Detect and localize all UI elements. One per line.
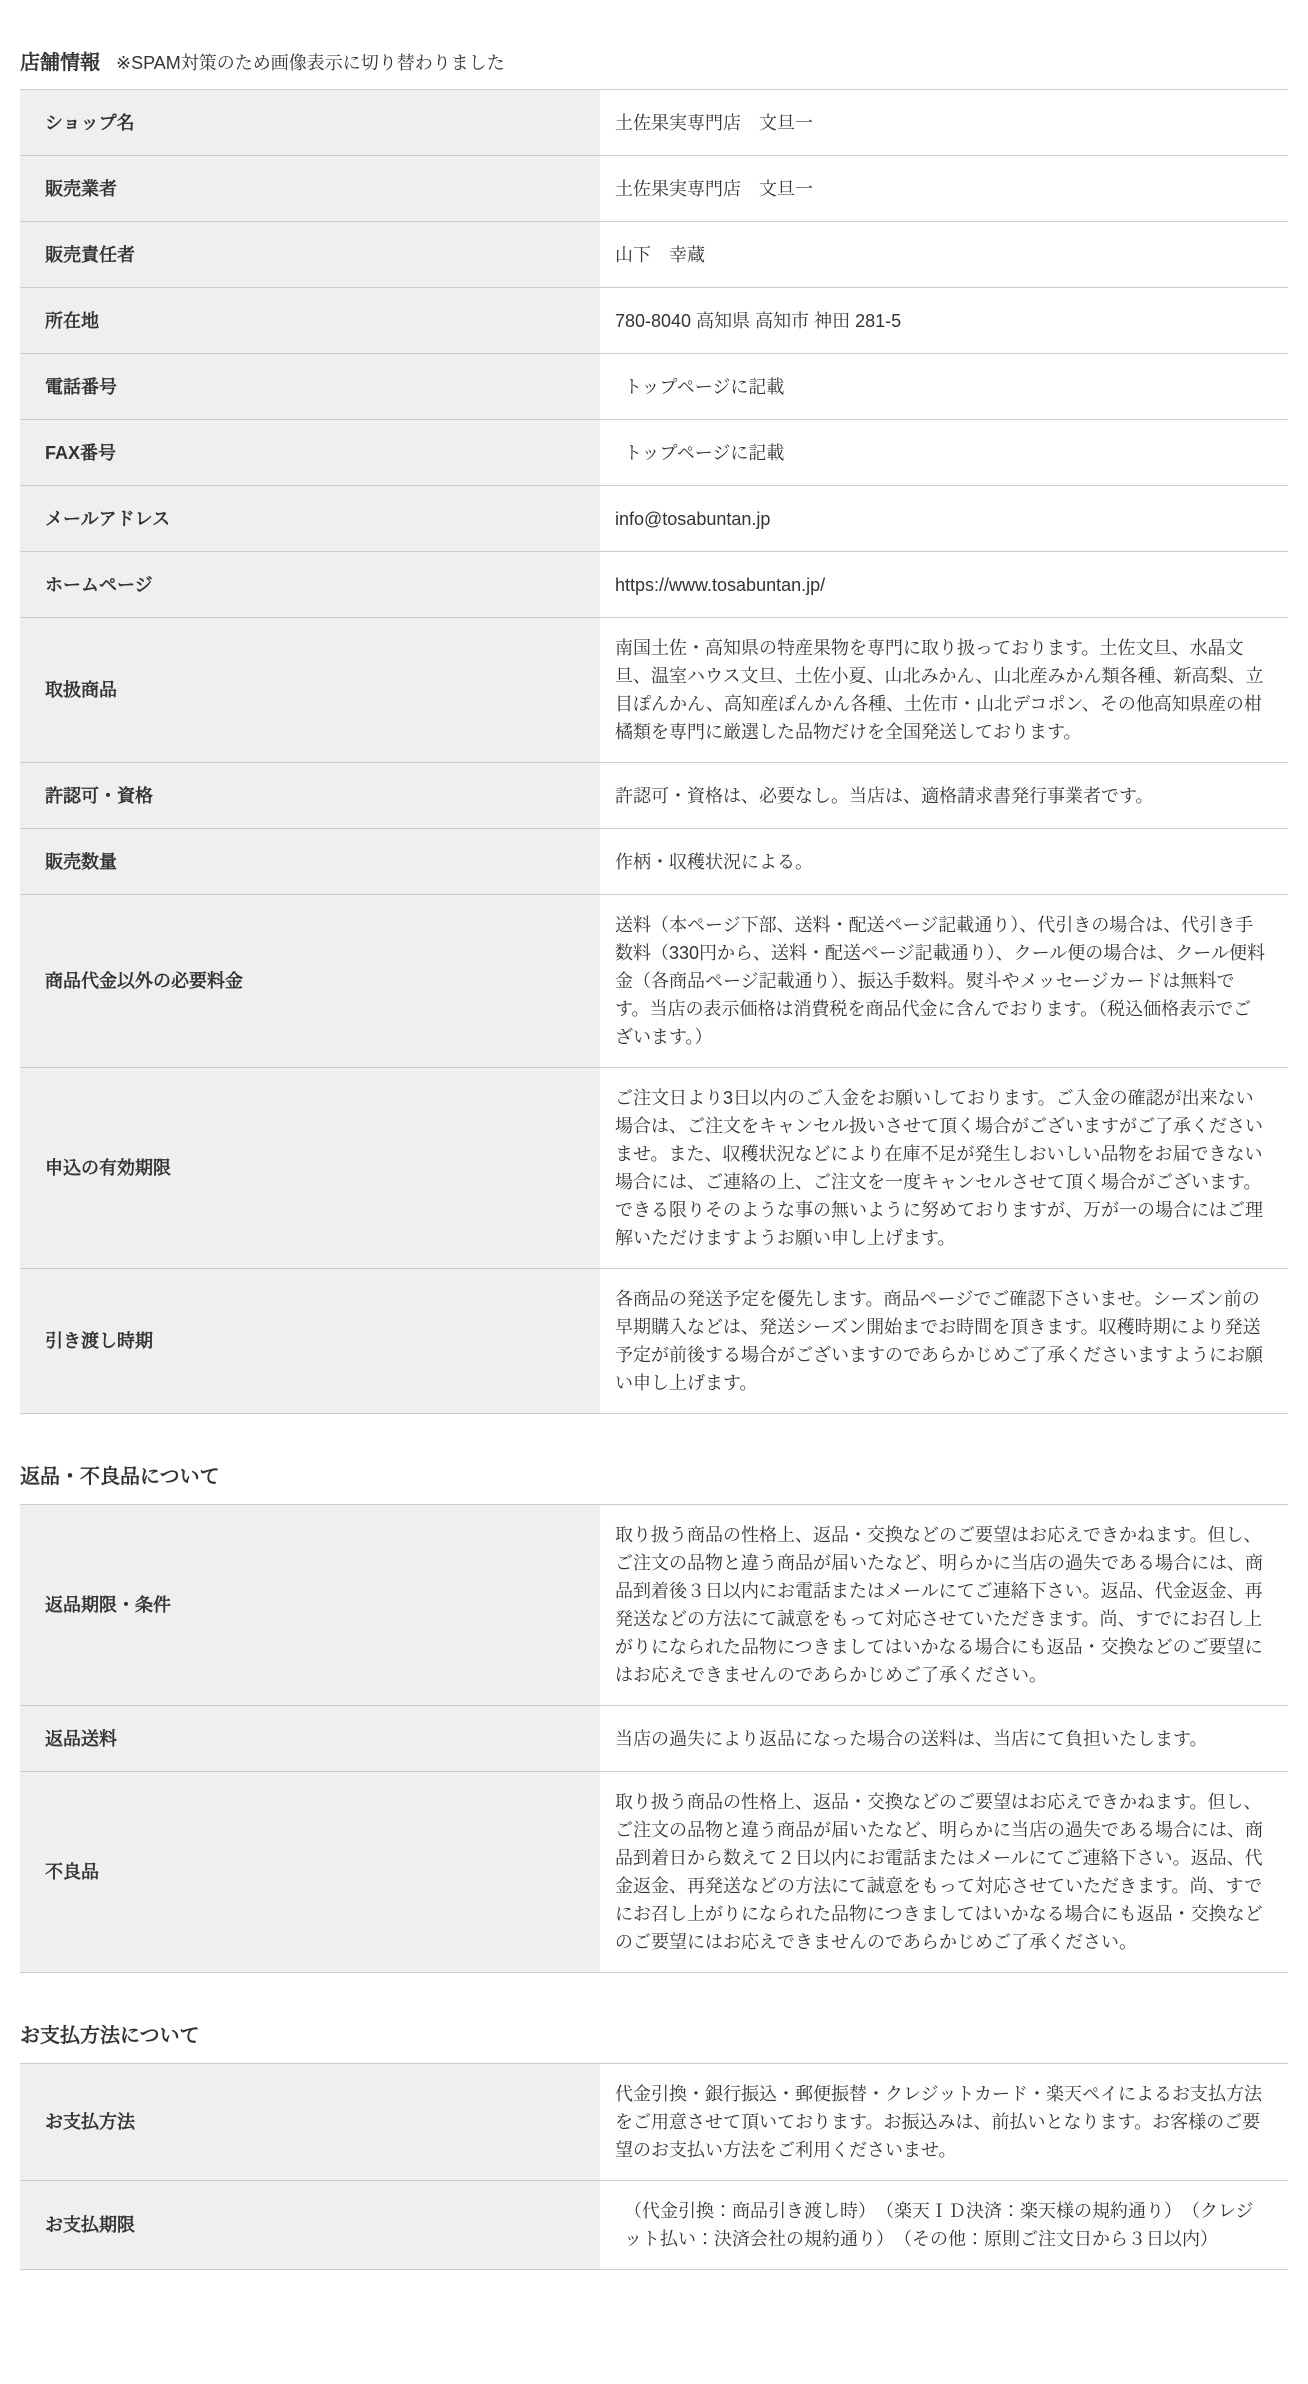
table-row: 返品期限・条件 取り扱う商品の性格上、返品・交換などのご要望はお応えできかねます… [20,1505,1288,1706]
row-label: お支払期限 [20,2181,600,2270]
row-value: 許認可・資格は、必要なし。当店は、適格請求書発行事業者です。 [600,763,1288,829]
row-label: お支払方法 [20,2064,600,2181]
section-heading-payment: お支払方法について [20,2023,1288,2049]
row-label: 販売数量 [20,829,600,895]
row-value: 南国土佐・高知県の特産果物を専門に取り扱っております。土佐文旦、水晶文旦、温室ハ… [600,618,1288,763]
row-value: info@tosabuntan.jp [600,486,1288,552]
row-label: 取扱商品 [20,618,600,763]
spam-notice: ※SPAM対策のため画像表示に切り替わりました [116,50,505,76]
row-value: https://www.tosabuntan.jp/ [600,552,1288,618]
row-label: 返品送料 [20,1706,600,1772]
table-row: 返品送料 当店の過失により返品になった場合の送料は、当店にて負担いたします。 [20,1706,1288,1772]
row-value: 取り扱う商品の性格上、返品・交換などのご要望はお応えできかねます。但し、ご注文の… [600,1772,1288,1973]
email-address-text: info@tosabuntan.jp [615,509,770,529]
page-container: 店舗情報 ※SPAM対策のため画像表示に切り替わりました ショップ名 土佐果実専… [0,50,1308,2270]
row-label: FAX番号 [20,420,600,486]
row-label: 申込の有効期限 [20,1068,600,1269]
row-value: 土佐果実専門店 文旦一 [600,90,1288,156]
row-value: 780-8040 高知県 高知市 神田 281-5 [600,288,1288,354]
homepage-url-text: https://www.tosabuntan.jp/ [615,575,825,595]
row-label: 電話番号 [20,354,600,420]
row-value: 取り扱う商品の性格上、返品・交換などのご要望はお応えできかねます。但し、ご注文の… [600,1505,1288,1706]
row-label: 販売責任者 [20,222,600,288]
table-row: 所在地 780-8040 高知県 高知市 神田 281-5 [20,288,1288,354]
row-label: ホームページ [20,552,600,618]
table-row: メールアドレス info@tosabuntan.jp [20,486,1288,552]
table-row: 引き渡し時期 各商品の発送予定を優先します。商品ページでご確認下さいませ。シーズ… [20,1269,1288,1414]
row-label: 許認可・資格 [20,763,600,829]
row-value: 土佐果実専門店 文旦一 [600,156,1288,222]
row-label: 返品期限・条件 [20,1505,600,1706]
table-row: 販売責任者 山下 幸蔵 [20,222,1288,288]
returns-table: 返品期限・条件 取り扱う商品の性格上、返品・交換などのご要望はお応えできかねます… [20,1504,1288,1973]
section-heading-returns: 返品・不良品について [20,1464,1288,1490]
table-row: 許認可・資格 許認可・資格は、必要なし。当店は、適格請求書発行事業者です。 [20,763,1288,829]
table-row: 販売数量 作柄・収穫状況による。 [20,829,1288,895]
row-label: メールアドレス [20,486,600,552]
row-label: 商品代金以外の必要料金 [20,895,600,1068]
row-value: 作柄・収穫状況による。 [600,829,1288,895]
fax-note-image-text: トップページに記載 [624,439,784,467]
payment-table: お支払方法 代金引換・銀行振込・郵便振替・クレジットカード・楽天ペイによるお支払… [20,2063,1288,2270]
row-value: 各商品の発送予定を優先します。商品ページでご確認下さいませ。シーズン前の早期購入… [600,1269,1288,1414]
row-label: ショップ名 [20,90,600,156]
row-label: 販売業者 [20,156,600,222]
payment-deadline-text: （代金引換：商品引き渡し時） （楽天ＩＤ決済：楽天様の規約通り） （クレジット払… [624,2197,1268,2253]
row-value: 代金引換・銀行振込・郵便振替・クレジットカード・楽天ペイによるお支払方法をご用意… [600,2064,1288,2181]
row-label: 引き渡し時期 [20,1269,600,1414]
table-row: 販売業者 土佐果実専門店 文旦一 [20,156,1288,222]
store-info-table: ショップ名 土佐果実専門店 文旦一 販売業者 土佐果実専門店 文旦一 販売責任者… [20,89,1288,1414]
store-info-page: { "page": { "title": "店舗情報", "notice": "… [0,50,1308,2384]
row-value: トップページに記載 [600,420,1288,486]
phone-note-image-text: トップページに記載 [624,373,784,401]
row-value: ご注文日より3日以内のご入金をお願いしております。ご入金の確認が出来ない場合は、… [600,1068,1288,1269]
row-value: 山下 幸蔵 [600,222,1288,288]
table-row: ホームページ https://www.tosabuntan.jp/ [20,552,1288,618]
row-label: 所在地 [20,288,600,354]
row-value: （代金引換：商品引き渡し時） （楽天ＩＤ決済：楽天様の規約通り） （クレジット払… [600,2181,1288,2270]
table-row: ショップ名 土佐果実専門店 文旦一 [20,90,1288,156]
table-row: 取扱商品 南国土佐・高知県の特産果物を専門に取り扱っております。土佐文旦、水晶文… [20,618,1288,763]
table-row: 商品代金以外の必要料金 送料（本ページ下部、送料・配送ページ記載通り）、代引きの… [20,895,1288,1068]
table-row: 申込の有効期限 ご注文日より3日以内のご入金をお願いしております。ご入金の確認が… [20,1068,1288,1269]
table-row: お支払方法 代金引換・銀行振込・郵便振替・クレジットカード・楽天ペイによるお支払… [20,2064,1288,2181]
table-row: 不良品 取り扱う商品の性格上、返品・交換などのご要望はお応えできかねます。但し、… [20,1772,1288,1973]
page-header: 店舗情報 ※SPAM対策のため画像表示に切り替わりました [20,50,1288,76]
row-value: 送料（本ページ下部、送料・配送ページ記載通り）、代引きの場合は、代引き手数料（3… [600,895,1288,1068]
table-row: お支払期限 （代金引換：商品引き渡し時） （楽天ＩＤ決済：楽天様の規約通り） （… [20,2181,1288,2270]
table-row: 電話番号 トップページに記載 [20,354,1288,420]
row-value: 当店の過失により返品になった場合の送料は、当店にて負担いたします。 [600,1706,1288,1772]
page-title: 店舗情報 [20,50,100,76]
row-label: 不良品 [20,1772,600,1973]
row-value: トップページに記載 [600,354,1288,420]
table-row: FAX番号 トップページに記載 [20,420,1288,486]
